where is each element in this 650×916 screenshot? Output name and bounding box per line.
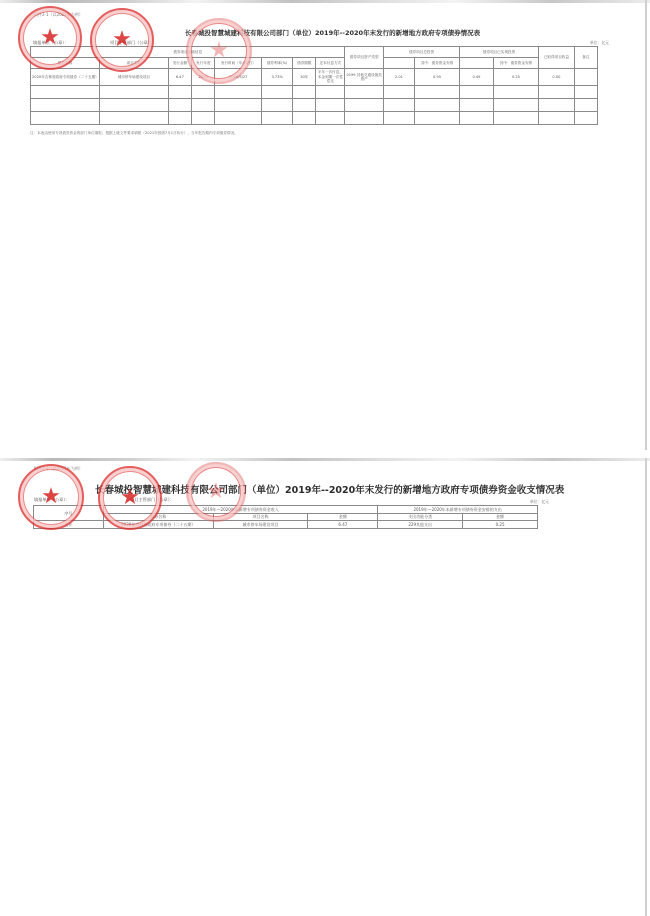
cell-empty: [316, 86, 345, 99]
cell-empty: [493, 99, 538, 112]
group-header-total-invest: 债券项目总投资: [383, 47, 459, 58]
cell-empty: [215, 112, 262, 125]
scan-edge: [645, 458, 647, 916]
cell-total-invest-bond: 0.95: [414, 69, 459, 86]
group-header-expense: 2019年—2020年末新增专项债券资金安排的支出: [378, 506, 538, 514]
cell-empty: [539, 112, 575, 125]
cell-completed-invest-bond: 0.25: [493, 69, 538, 86]
star-icon: ★: [41, 486, 61, 508]
cell-empty: [345, 112, 384, 125]
official-seal: ★: [18, 6, 82, 70]
col-total-invest: [383, 58, 414, 69]
cell-empty: [99, 86, 168, 99]
empty-rows: [31, 86, 598, 125]
cell-empty: [262, 86, 293, 99]
cell-completed-invest: 0.49: [460, 69, 494, 86]
document-page-2: 附件2-4（以2021年为例） 长春城投智慧城建科技有限公司部门（单位）2019…: [0, 458, 650, 916]
table-row-empty: [31, 86, 598, 99]
cell-interest-rate: 3.73%: [262, 69, 293, 86]
star-icon: ★: [120, 487, 140, 509]
col-completed-invest-bond: 其中：债券资金安排: [493, 58, 538, 69]
cell-empty: [460, 112, 494, 125]
cell-empty: [262, 99, 293, 112]
cell-revenue: 0.00: [539, 69, 575, 86]
cell-empty: [262, 112, 293, 125]
cell-empty: [192, 86, 215, 99]
star-icon: ★: [206, 481, 226, 503]
cell-empty: [31, 86, 100, 99]
cell-function-class: 229其他支出: [378, 521, 463, 529]
scan-edge: [0, 0, 650, 3]
official-seal: ★: [90, 8, 154, 72]
cell-term: 30年: [293, 69, 316, 86]
cell-empty: [31, 112, 100, 125]
cell-project-name: 城市停车场建设项目: [99, 69, 168, 86]
cell-issue-amount: 6.47: [168, 69, 191, 86]
col-repayment: 还本付息方式: [316, 58, 345, 69]
col-completed-invest: [460, 58, 494, 69]
cell-empty: [192, 99, 215, 112]
cell-empty: [168, 112, 191, 125]
star-icon: ★: [209, 40, 229, 62]
cell-empty: [383, 86, 414, 99]
cell-empty: [460, 99, 494, 112]
cell-empty: [293, 112, 316, 125]
cell-empty: [215, 99, 262, 112]
cell-empty: [539, 86, 575, 99]
cell-total-invest: 2.01: [383, 69, 414, 86]
col-function-class: 支出功能分类: [378, 513, 463, 521]
col-interest-rate: 债券利率(%): [262, 58, 293, 69]
cell-expense-amount: 0.25: [463, 521, 538, 529]
star-icon: ★: [112, 29, 132, 51]
cell-empty: [574, 99, 597, 112]
official-seal: ★: [186, 18, 252, 84]
cell-empty: [574, 86, 597, 99]
cell-empty: [460, 86, 494, 99]
scan-edge: [645, 0, 647, 450]
col-expense-amount: 金额: [463, 513, 538, 521]
cell-empty: [383, 99, 414, 112]
cell-empty: [539, 99, 575, 112]
star-icon: ★: [40, 27, 60, 49]
cell-remark: [574, 69, 597, 86]
cell-empty: [316, 99, 345, 112]
cell-bond-name: 2020年吉林省政府专项债券（二十五期）: [31, 69, 100, 86]
cell-asset-type: 0199 其他交通设施类资产: [345, 69, 384, 86]
col-term: 债券期限: [293, 58, 316, 69]
cell-empty: [293, 99, 316, 112]
document-page-1: 附件2-1（以2021年为例） 长春城投智慧城建科技有限公司部门（单位）2019…: [0, 0, 650, 450]
cell-empty: [192, 112, 215, 125]
cell-empty: [493, 112, 538, 125]
table-row-empty: [31, 112, 598, 125]
official-seal: ★: [98, 466, 162, 530]
cell-empty: [99, 112, 168, 125]
cell-empty: [414, 86, 459, 99]
col-remark: 备注: [574, 47, 597, 69]
cell-empty: [414, 99, 459, 112]
cell-empty: [168, 86, 191, 99]
page-title: 长春城投智慧城建科技有限公司部门（单位）2019年--2020年末发行的新增地方…: [95, 482, 564, 496]
cell-empty: [383, 112, 414, 125]
cell-income-amount: 6.47: [308, 521, 378, 529]
cell-empty: [414, 112, 459, 125]
cell-empty: [316, 112, 345, 125]
cell-empty: [215, 86, 262, 99]
group-header-completed-invest: 债券项目已实现投资: [460, 47, 539, 58]
col-asset-type: 债券项目资产类型: [345, 47, 384, 69]
cell-empty: [574, 112, 597, 125]
official-seal: ★: [18, 464, 84, 530]
cell-empty: [493, 86, 538, 99]
official-seal: ★: [186, 462, 246, 522]
col-total-invest-bond: 其中：债券资金安排: [414, 58, 459, 69]
scan-edge: [0, 458, 650, 461]
cell-empty: [31, 99, 100, 112]
cell-project-name: 城市停车场建设项目: [213, 521, 308, 529]
cell-repayment: 半年一次付息，本金到期一次性偿还: [316, 69, 345, 86]
cell-empty: [99, 99, 168, 112]
col-revenue: 已取得项目收益: [539, 47, 575, 69]
table-row-empty: [31, 99, 598, 112]
table-note: 注：本表由使用专项债券资金的部门单位填报；根据上级文件要求填报（2021年按照7…: [30, 131, 238, 136]
cell-empty: [168, 99, 191, 112]
col-income-amount: 金额: [308, 513, 378, 521]
cell-empty: [345, 99, 384, 112]
cell-empty: [293, 86, 316, 99]
cell-empty: [345, 86, 384, 99]
